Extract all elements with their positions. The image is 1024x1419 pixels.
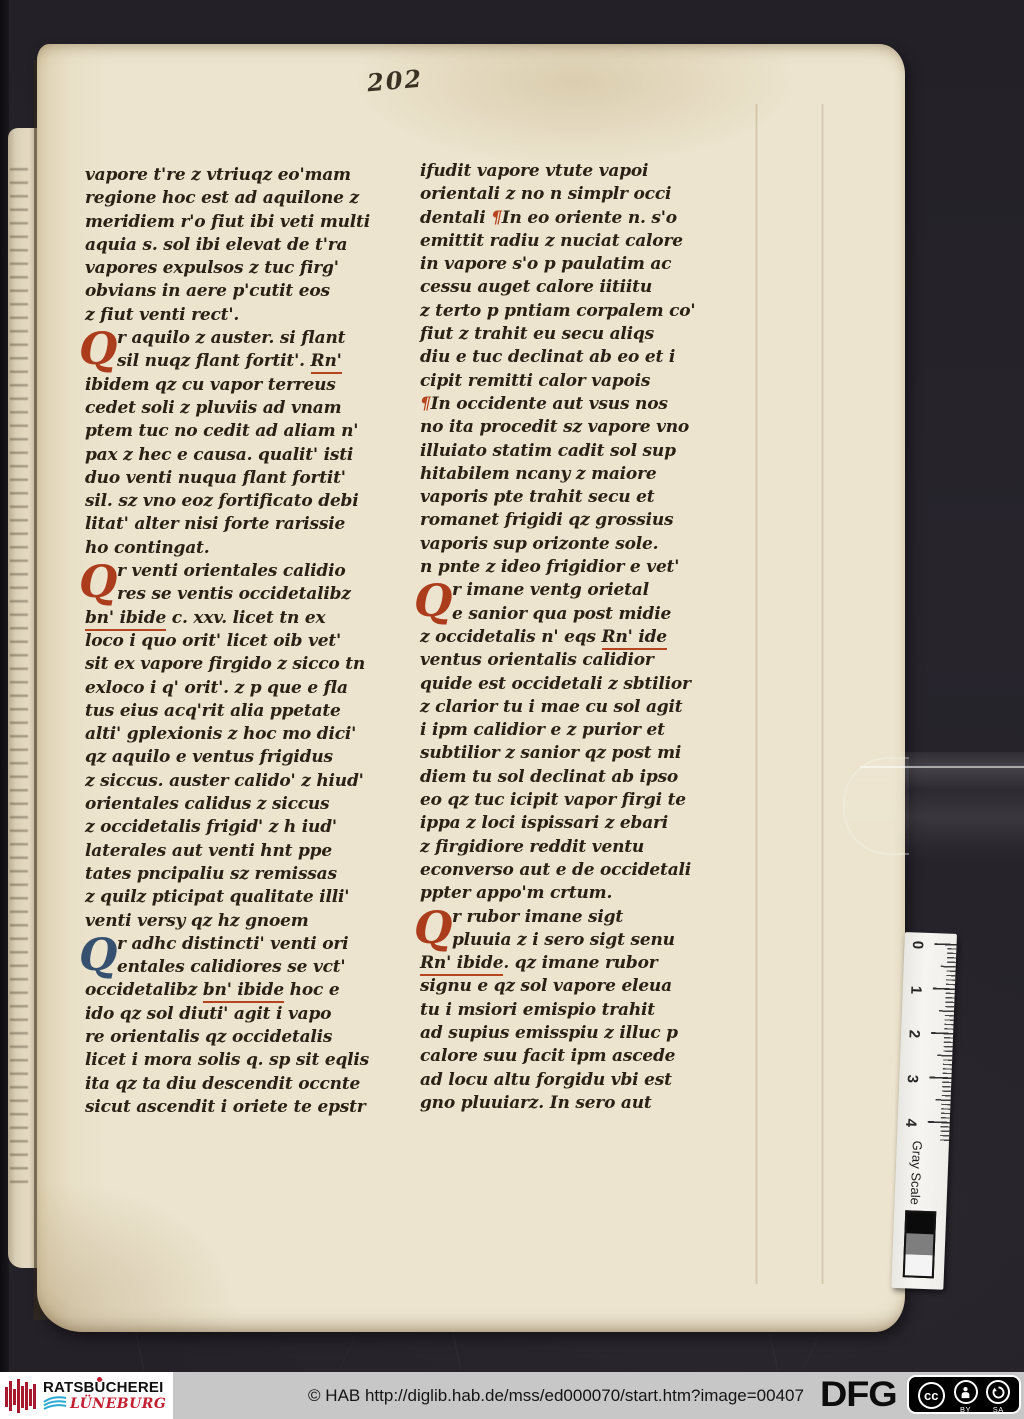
manuscript-line: obvians in aere p'cutit eos [85,280,410,303]
manuscript-line: ppter appo'm crtum. [420,882,745,905]
manuscript-line: orientales calidus z siccus [85,793,410,816]
red-underlined-text: bn' ibide [85,608,166,631]
manuscript-line: z occidetalis n' eqs Rn' ide [420,626,745,649]
image-source-url: © HAB http://diglib.hab.de/mss/ed000070/… [308,1386,804,1406]
umlaut-red-dot [97,1377,102,1382]
manuscript-line: z occidetalis frigid' z h iud' [85,816,410,839]
rubric-pilcrow: ¶ [420,394,431,414]
manuscript-line: emittit radiu z nuciat calore [420,230,745,253]
manuscript-paragraph: Qr imane ventg orietale sanior qua post … [420,579,745,905]
manuscript-line: z firgidiore reddit ventu [420,836,745,859]
library-name-line1: RATSBÜCHEREI [43,1380,166,1395]
manuscript-line: r imane ventg orietal [420,579,745,602]
cc-by-item: BY [954,1380,978,1414]
manuscript-line: cipit remitti calor vapois [420,370,745,393]
illuminated-initial: Q [79,560,117,606]
ruler-number: 4 [902,1115,920,1132]
manuscript-line: hitabilem ncany z maiore [420,463,745,486]
manuscript-line: sil. sz vno eoz fortificato debi [85,490,410,513]
manuscript-line: res se ventis occidetalibz [85,583,410,606]
manuscript-line: pax z hec e causa. qualit' isti [85,444,410,467]
manuscript-line: vapores expulsos z tuc firg' [85,257,410,280]
manuscript-line: eo qz tuc icipit vapor firgi te [420,789,745,812]
manuscript-line: r rubor imane sigt [420,906,745,929]
manuscript-line: gno pluuiarz. In sero aut [420,1092,745,1115]
ratsbuecherei-logo: RATSBÜCHEREI LÜNEBURG [0,1372,173,1419]
manuscript-line: calore suu facit ipm ascede [420,1045,745,1068]
page-crease [821,104,824,1284]
manuscript-line: subtilior z sanior qz post mi [420,742,745,765]
manuscript-line: litat' alter nisi forte rarissie [85,513,410,536]
manuscript-line: duo venti nuqua flant fortit' [85,467,410,490]
manuscript-line: tates pncipaliu sz remissas [85,863,410,886]
manuscript-line: Rn' ibide. qz imane rubor [420,952,745,975]
manuscript-line: quide est occidetali z sbtilior [420,673,745,696]
caption-bar: RATSBÜCHEREI LÜNEBURG © HAB http://digli… [0,1372,1024,1419]
organ-pipes-icon [5,1377,37,1415]
manuscript-paragraph: Qr aquilo z auster. si flantsil nuqz fla… [85,327,410,560]
cc-sa-arrow-icon [986,1380,1010,1404]
manuscript-line: occidetalibz bn' ibide hoc e [85,979,410,1002]
manuscript-line: laterales aut venti hnt ppe [85,840,410,863]
manuscript-line: alti' gplexionis z hoc mo dici' [85,723,410,746]
manuscript-line: meridiem r'o fiut ibi veti multi [85,211,410,234]
manuscript-line: cessu auget calore iitiitu [420,276,745,299]
manuscript-line: ho contingat. [85,537,410,560]
manuscript-line: bn' ibide c. xxv. licet tn ex [85,607,410,630]
manuscript-line: z terto p pntiam corpalem co' [420,300,745,323]
dfg-logo: DFG [820,1375,897,1415]
manuscript-line: qz aquilo e ventus frigidus [85,746,410,769]
manuscript-line: ifudit vapore vtute vapoi [420,160,745,183]
manuscript-line: r venti orientales calidio [85,560,410,583]
cc-license-badge: cc BY SA [907,1375,1021,1414]
manuscript-paragraph: Qr venti orientales calidiores se ventis… [85,560,410,933]
gray-patch-gray [906,1233,934,1255]
manuscript-line: ad supius emisspiu z illuc p [420,1022,745,1045]
manuscript-line: z fiut venti rect'. [85,304,410,327]
ruler-number: 0 [909,937,927,954]
manuscript-line: ptem tuc no cedit ad aliam n' [85,420,410,443]
manuscript-paragraph: Qr rubor imane sigtpluuia z i sero sigt … [420,906,745,1116]
manuscript-line: tus eius acq'rit alia ppetate [85,700,410,723]
text-column-left: vapore t're z vtriuqz eo'mamregione hoc … [85,164,410,1119]
library-name: RATSBÜCHEREI LÜNEBURG [43,1380,166,1411]
manuscript-paragraph: vapore t're z vtriuqz eo'mamregione hoc … [85,164,410,327]
cc-sa-item: SA [986,1380,1010,1414]
ruler-number: 1 [907,981,925,998]
manuscript-line: regione hoc est ad aquilone z [85,187,410,210]
manuscript-line: vapore t're z vtriuqz eo'mam [85,164,410,187]
manuscript-line: ventus orientalis calidior [420,649,745,672]
page-holder-reflection [900,752,1024,864]
gray-patch-white [905,1254,933,1276]
manuscript-line: loco i quo orit' licet oib vet' [85,630,410,653]
manuscript-line: ita qz ta diu descendit occnte [85,1073,410,1096]
manuscript-line: signu e qz sol vapore eleua [420,975,745,998]
manuscript-line: re orientalis qz occidetalis [85,1026,410,1049]
manuscript-line: i ipm calidior e z purior et [420,719,745,742]
illuminated-initial: Q [79,327,117,373]
manuscript-line: venti versy qz hz gnoem [85,910,410,933]
rubric-pilcrow: ¶ [491,208,502,228]
open-book-icon [43,1396,67,1411]
red-underlined-text: Rn' [311,351,342,374]
facing-page-text-fragments [10,168,28,1188]
manuscript-line: in vapore s'o p paulatim ac [420,253,745,276]
manuscript-line: aquia s. sol ibi elevat de t'ra [85,234,410,257]
manuscript-line: tu i msiori emispio trahit [420,999,745,1022]
red-underlined-text: bn' ibide [203,980,284,1003]
manuscript-line: diem tu sol declinat ab ipso [420,766,745,789]
manuscript-line: z siccus. auster calido' z hiud' [85,770,410,793]
manuscript-line: licet i mora solis q. sp sit eqlis [85,1049,410,1072]
cc-by-person-icon [954,1380,978,1404]
manuscript-paragraph: Qr adhc distincti' venti orientales cali… [85,933,410,1119]
manuscript-line: r adhc distincti' venti ori [85,933,410,956]
library-name-line2: LÜNEBURG [70,1397,166,1411]
cc-by-label: BY [960,1405,971,1414]
gray-scale-patches [903,1210,937,1278]
manuscript-line: sicut ascendit i oriete te epstr [85,1096,410,1119]
manuscript-line: ibidem qz cu vapor terreus [85,374,410,397]
folio-number: 202 [366,64,424,98]
manuscript-paragraph: ifudit vapore vtute vapoiorientali z no … [420,160,745,579]
illuminated-initial: Q [414,906,452,952]
manuscript-line: r aquilo z auster. si flant [85,327,410,350]
manuscript-line: e sanior qua post midie [420,603,745,626]
manuscript-line: n pnte z ideo frigidior e vet' [420,556,745,579]
cc-sa-label: SA [993,1405,1004,1414]
manuscript-line: romanet frigidi qz grossius [420,509,745,532]
manuscript-line: cedet soli z pluviis ad vnam [85,397,410,420]
manuscript-line: fiut z trahit eu secu aliqs [420,323,745,346]
illuminated-initial: Q [414,579,452,625]
gray-scale-label: Gray Scale [908,1140,925,1205]
illuminated-initial: Q [79,933,117,979]
manuscript-line: ¶In occidente aut vsus nos [420,393,745,416]
text-column-right: ifudit vapore vtute vapoiorientali z no … [420,160,745,1115]
manuscript-page: 202 vapore t're z vtriuqz eo'mamregione … [37,44,905,1332]
manuscript-line: orientali z no n simplr occi [420,183,745,206]
manuscript-line: sil nuqz flant fortit'. Rn' [85,350,410,373]
manuscript-line: ido qz sol diuti' agit i vapo [85,1003,410,1026]
red-underlined-text: Rn' ibide [420,953,503,976]
manuscript-line: vaporis sup orizonte sole. [420,533,745,556]
manuscript-line: econverso aut e de occidetali [420,859,745,882]
manuscript-line: pluuia z i sero sigt senu [420,929,745,952]
cc-icon: cc [918,1382,945,1409]
manuscript-line: vaporis pte trahit secu et [420,486,745,509]
red-underlined-text: Rn' ide [602,627,667,650]
manuscript-line: illuiato statim cadit sol sup [420,440,745,463]
manuscript-line: entales calidiores se vct' [85,956,410,979]
manuscript-line: no ita procedit sz vapore vno [420,416,745,439]
gray-patch-black [906,1212,934,1234]
manuscript-line: exloco i q' orit'. z p que e fla [85,677,410,700]
ruler-number: 3 [904,1070,922,1087]
ruler-number: 2 [905,1026,923,1043]
manuscript-line: diu e tuc declinat ab eo et i [420,346,745,369]
manuscript-line: ad locu altu forgidu vbi est [420,1069,745,1092]
manuscript-line: ippa z loci ispissari z ebari [420,812,745,835]
manuscript-line: z clarior tu i mae cu sol agit [420,696,745,719]
page-crease [755,104,758,1284]
manuscript-line: z quilz pticipat qualitate illi' [85,886,410,909]
manuscript-line: sit ex vapore firgido z sicco tn [85,653,410,676]
manuscript-line: dentali ¶In eo oriente n. s'o [420,207,745,230]
